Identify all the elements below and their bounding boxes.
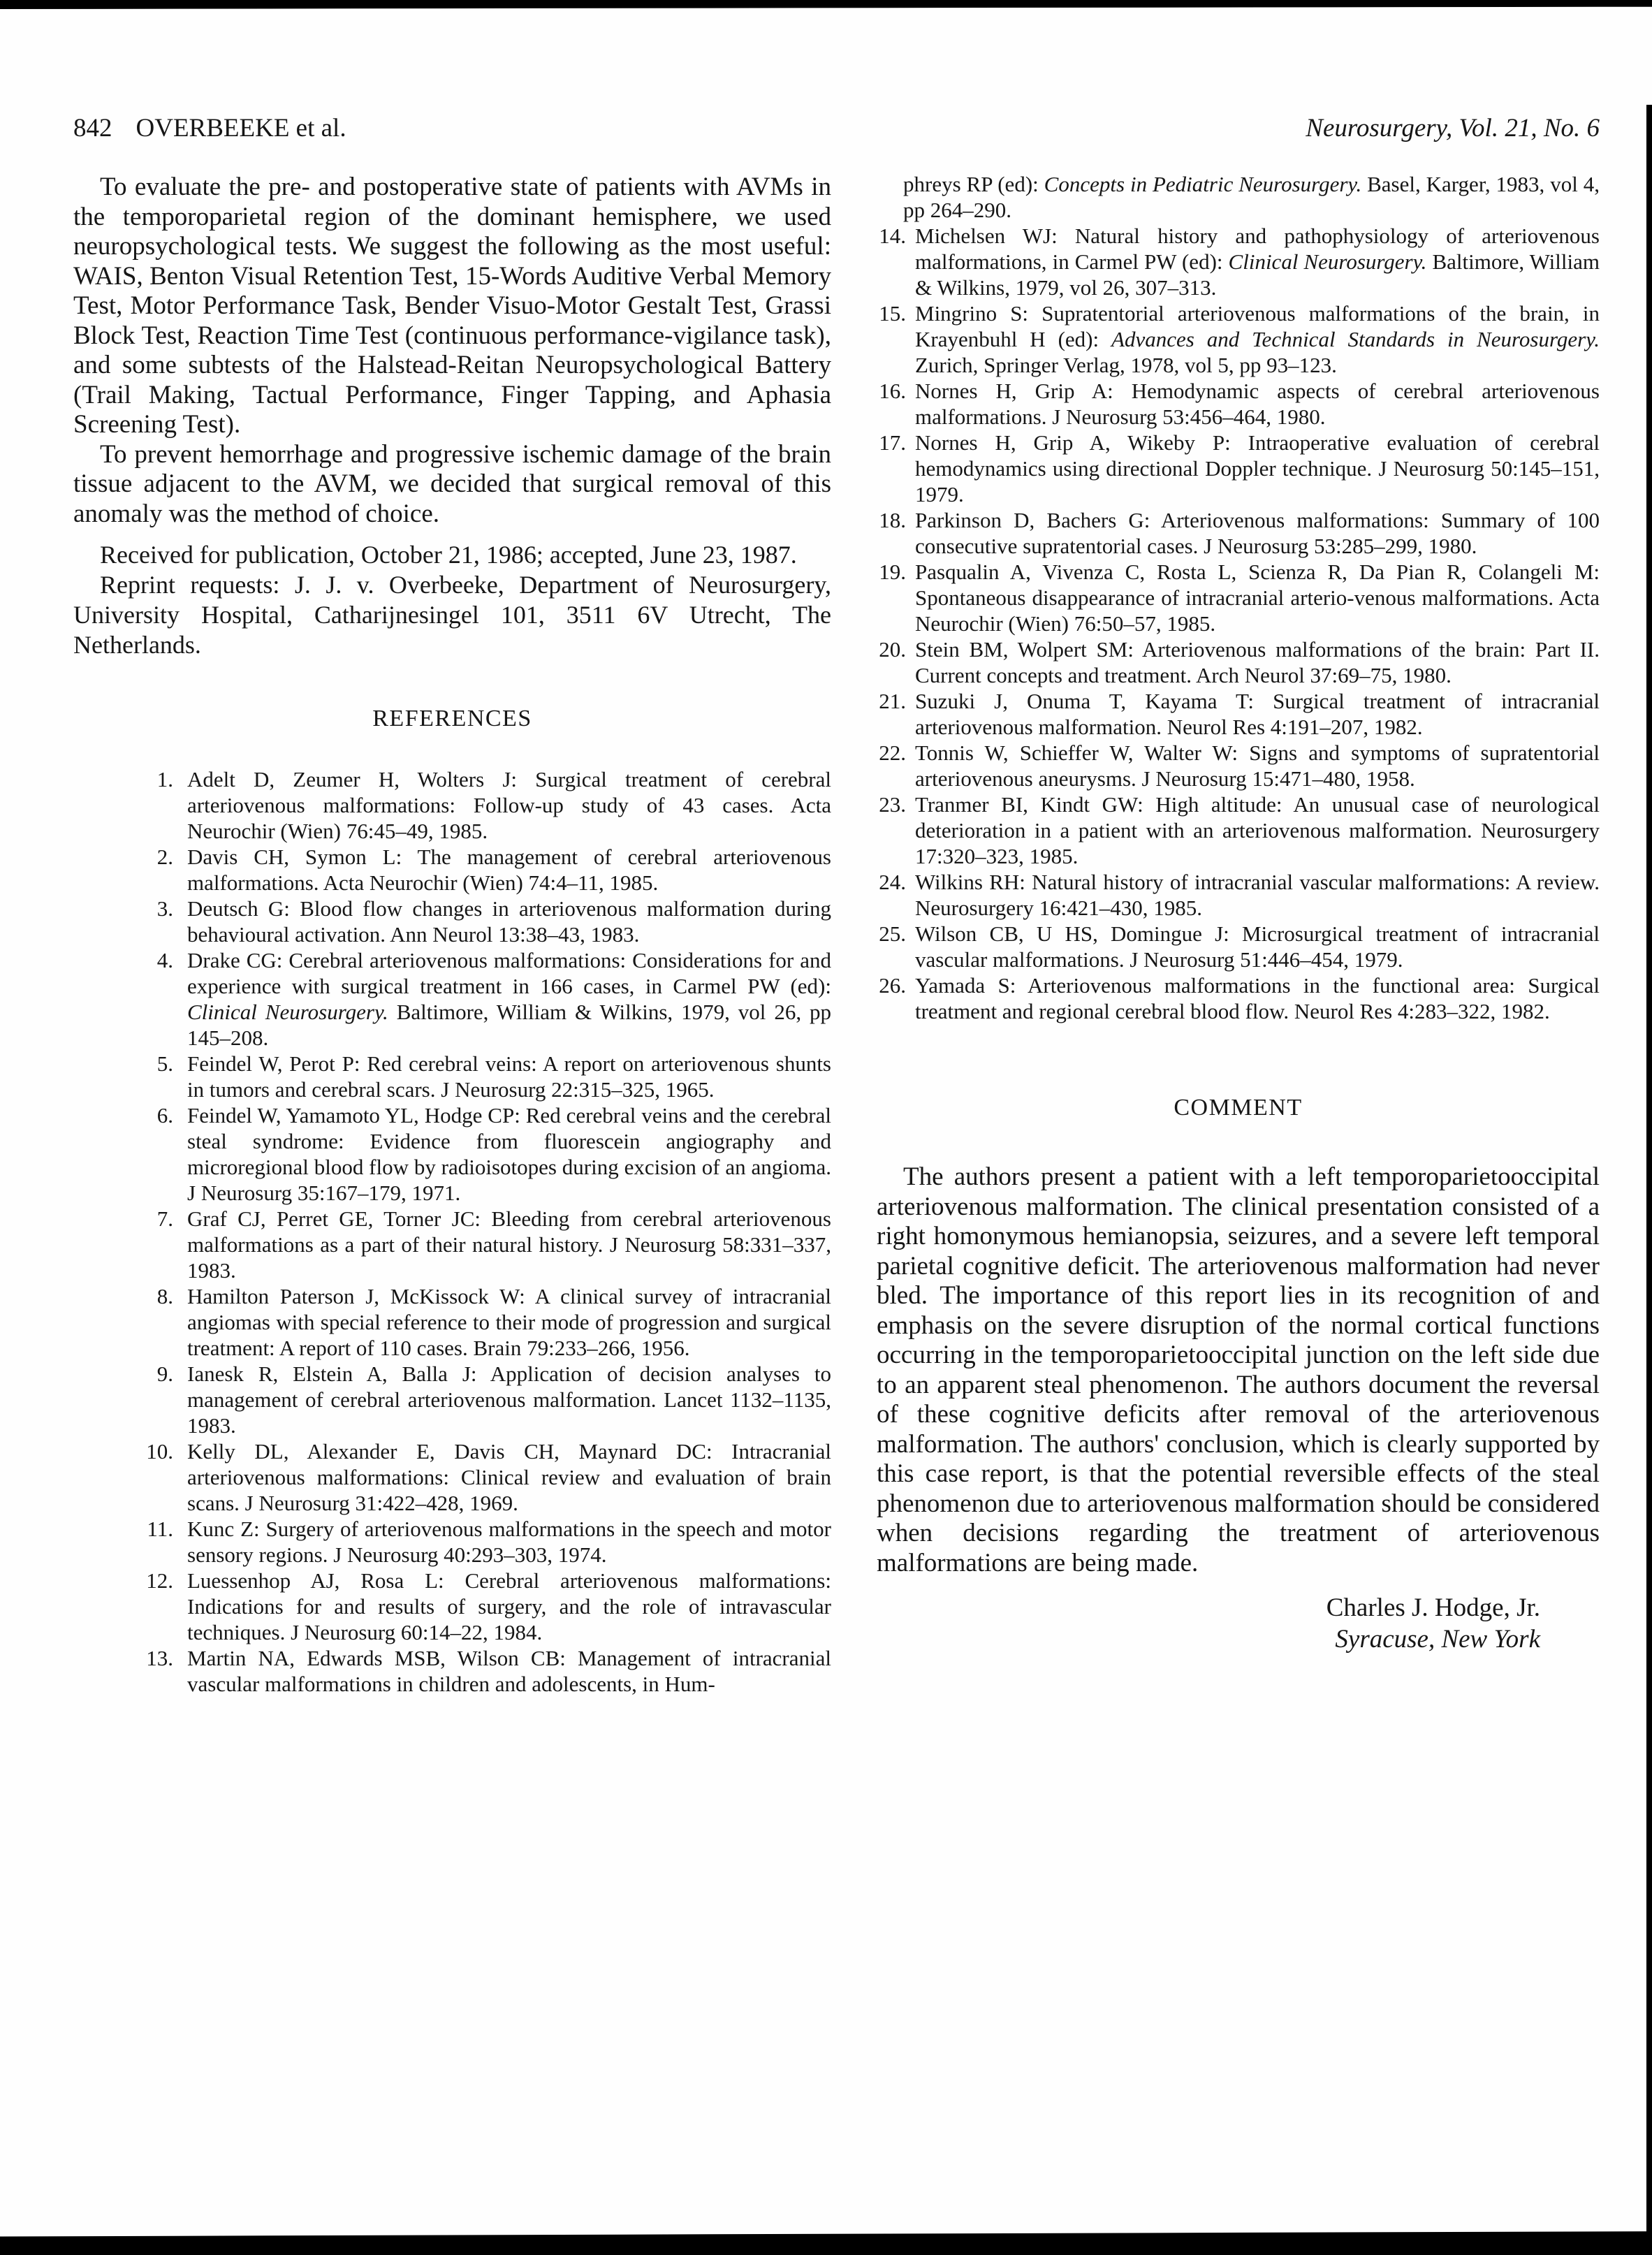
comment-heading: COMMENT xyxy=(877,1094,1600,1122)
comment-paragraph: The authors present a patient with a lef… xyxy=(877,1162,1600,1578)
references-heading: REFERENCES xyxy=(73,705,831,733)
reference-text: Davis CH, Symon L: The management of cer… xyxy=(187,845,831,895)
scan-edge-right xyxy=(1646,105,1652,2234)
reference-item: 8. Hamilton Paterson J, McKissock W: A c… xyxy=(73,1283,831,1361)
reference-item: 22. Tonnis W, Schieffer W, Walter W: Sig… xyxy=(877,740,1600,791)
reference-number: 6. xyxy=(73,1102,173,1128)
reference-text: Feindel W, Yamamoto YL, Hodge CP: Red ce… xyxy=(187,1103,831,1205)
reference-text: Graf CJ, Perret GE, Torner JC: Bleeding … xyxy=(187,1206,831,1283)
reference-number: 2. xyxy=(73,844,173,870)
reference-number: 12. xyxy=(73,1568,173,1593)
reference-item: 19. Pasqualin A, Vivenza C, Rosta L, Sci… xyxy=(877,559,1600,636)
reference-text: Mingrino S: Supratentorial arteriovenous… xyxy=(915,301,1600,377)
reference-number: 23. xyxy=(877,791,906,817)
references-list-left: 1. Adelt D, Zeumer H, Wolters J: Surgica… xyxy=(73,766,831,1697)
left-column: To evaluate the pre- and postoperative s… xyxy=(73,173,831,1697)
reference-item: 10. Kelly DL, Alexander E, Davis CH, May… xyxy=(73,1438,831,1516)
references-list-right: phreys RP (ed): Concepts in Pediatric Ne… xyxy=(877,171,1600,1024)
reference-number: 20. xyxy=(877,636,906,662)
reference-text: Deutsch G: Blood flow changes in arterio… xyxy=(187,896,831,947)
reference-text: Parkinson D, Bachers G: Arteriovenous ma… xyxy=(915,508,1600,558)
running-head: 842 OVERBEEKE et al. Neurosurgery, Vol. … xyxy=(73,114,1600,143)
reference-text: Hamilton Paterson J, McKissock W: A clin… xyxy=(187,1284,831,1360)
comment-section: The authors present a patient with a lef… xyxy=(877,1162,1600,1578)
reference-item: 13. Martin NA, Edwards MSB, Wilson CB: M… xyxy=(73,1645,831,1697)
reference-item: 11. Kunc Z: Surgery of arteriovenous mal… xyxy=(73,1516,831,1568)
reference-number: 17. xyxy=(877,430,906,455)
reference-number: 21. xyxy=(877,688,906,714)
reference-number: 3. xyxy=(73,896,173,921)
right-column: phreys RP (ed): Concepts in Pediatric Ne… xyxy=(877,171,1600,1655)
reference-text: Tonnis W, Schieffer W, Walter W: Signs a… xyxy=(915,740,1600,791)
reference-number: 13. xyxy=(73,1645,173,1671)
comment-signature: Charles J. Hodge, Jr. Syracuse, New York xyxy=(877,1592,1600,1655)
reference-text: Feindel W, Perot P: Red cerebral veins: … xyxy=(187,1051,831,1102)
running-head-left: 842 OVERBEEKE et al. xyxy=(73,114,346,143)
running-authors: OVERBEEKE et al. xyxy=(136,114,346,143)
reference-text: Martin NA, Edwards MSB, Wilson CB: Manag… xyxy=(187,1646,831,1696)
reference-text: Ianesk R, Elstein A, Balla J: Applicatio… xyxy=(187,1362,831,1438)
reference-text: Suzuki J, Onuma T, Kayama T: Surgical tr… xyxy=(915,689,1600,739)
reference-item: 4. Drake CG: Cerebral arteriovenous malf… xyxy=(73,947,831,1051)
reference-text: Wilkins RH: Natural history of intracran… xyxy=(915,870,1600,920)
reference-item: 12. Luessenhop AJ, Rosa L: Cerebral arte… xyxy=(73,1568,831,1645)
reference-item: 16. Nornes H, Grip A: Hemodynamic aspect… xyxy=(877,378,1600,430)
reference-text: Luessenhop AJ, Rosa L: Cerebral arteriov… xyxy=(187,1568,831,1644)
reference-text: Adelt D, Zeumer H, Wolters J: Surgical t… xyxy=(187,767,831,843)
reference-item: 25. Wilson CB, U HS, Domingue J: Microsu… xyxy=(877,921,1600,972)
intro-paragraph-1: To evaluate the pre- and postoperative s… xyxy=(73,173,831,440)
reference-number: 18. xyxy=(877,507,906,533)
front-matter-notes: Received for publication, October 21, 19… xyxy=(73,540,831,660)
reference-item: 9. Ianesk R, Elstein A, Balla J: Applica… xyxy=(73,1361,831,1438)
reference-number: 1. xyxy=(73,766,173,792)
reference-number: 22. xyxy=(877,740,906,766)
reference-item: 17. Nornes H, Grip A, Wikeby P: Intraope… xyxy=(877,430,1600,507)
reference-text: Michelsen WJ: Natural history and pathop… xyxy=(915,224,1600,300)
reference-item: 23. Tranmer BI, Kindt GW: High altitude:… xyxy=(877,791,1600,869)
reference-item: 7. Graf CJ, Perret GE, Torner JC: Bleedi… xyxy=(73,1206,831,1283)
signature-place: Syracuse, New York xyxy=(877,1623,1540,1655)
reference-number: 5. xyxy=(73,1051,173,1077)
reference-item: 21. Suzuki J, Onuma T, Kayama T: Surgica… xyxy=(877,688,1600,740)
reference-number: 25. xyxy=(877,921,906,947)
reference-number: 15. xyxy=(877,300,906,326)
intro-text: To evaluate the pre- and postoperative s… xyxy=(73,173,831,529)
reference-item: phreys RP (ed): Concepts in Pediatric Ne… xyxy=(877,171,1600,223)
reference-text: Kunc Z: Surgery of arteriovenous malform… xyxy=(187,1517,831,1567)
reference-item: 15. Mingrino S: Supratentorial arteriove… xyxy=(877,300,1600,378)
page-number: 842 xyxy=(73,114,112,143)
received-note: Received for publication, October 21, 19… xyxy=(73,540,831,570)
reference-number: 14. xyxy=(877,223,906,249)
reference-number: 16. xyxy=(877,378,906,404)
reference-item: 24. Wilkins RH: Natural history of intra… xyxy=(877,869,1600,921)
reference-text: phreys RP (ed): Concepts in Pediatric Ne… xyxy=(903,172,1600,222)
reference-text: Pasqualin A, Vivenza C, Rosta L, Scienza… xyxy=(915,560,1600,636)
reference-number: 10. xyxy=(73,1438,173,1464)
reference-item: 20. Stein BM, Wolpert SM: Arteriovenous … xyxy=(877,636,1600,688)
intro-paragraph-2: To prevent hemorrhage and progressive is… xyxy=(73,440,831,530)
reference-number: 11. xyxy=(73,1516,173,1542)
reference-item: 1. Adelt D, Zeumer H, Wolters J: Surgica… xyxy=(73,766,831,844)
reference-text: Yamada S: Arteriovenous malformations in… xyxy=(915,973,1600,1023)
reference-text: Kelly DL, Alexander E, Davis CH, Maynard… xyxy=(187,1439,831,1515)
scan-edge-top xyxy=(0,0,1652,9)
reference-item: 14. Michelsen WJ: Natural history and pa… xyxy=(877,223,1600,300)
scan-edge-bottom xyxy=(0,2231,1652,2255)
reference-item: 3. Deutsch G: Blood flow changes in arte… xyxy=(73,896,831,947)
signature-name: Charles J. Hodge, Jr. xyxy=(877,1592,1540,1623)
reference-text: Tranmer BI, Kindt GW: High altitude: An … xyxy=(915,792,1600,868)
reference-item: 2. Davis CH, Symon L: The management of … xyxy=(73,844,831,896)
reprint-note: Reprint requests: J. J. v. Overbeeke, De… xyxy=(73,570,831,660)
reference-text: Nornes H, Grip A: Hemodynamic aspects of… xyxy=(915,379,1600,429)
reference-item: 26. Yamada S: Arteriovenous malformation… xyxy=(877,972,1600,1024)
reference-text: Nornes H, Grip A, Wikeby P: Intraoperati… xyxy=(915,430,1600,506)
reference-text: Wilson CB, U HS, Domingue J: Microsurgic… xyxy=(915,921,1600,972)
reference-number: 8. xyxy=(73,1283,173,1309)
reference-item: 6. Feindel W, Yamamoto YL, Hodge CP: Red… xyxy=(73,1102,831,1206)
reference-number: 7. xyxy=(73,1206,173,1232)
reference-number: 24. xyxy=(877,869,906,895)
reference-number: 4. xyxy=(73,947,173,973)
journal-reference: Neurosurgery, Vol. 21, No. 6 xyxy=(1306,114,1600,143)
reference-item: 5. Feindel W, Perot P: Red cerebral vein… xyxy=(73,1051,831,1102)
reference-number: 26. xyxy=(877,972,906,998)
reference-text: Drake CG: Cerebral arteriovenous malform… xyxy=(187,948,831,1050)
reference-item: 18. Parkinson D, Bachers G: Arteriovenou… xyxy=(877,507,1600,559)
journal-page: 842 OVERBEEKE et al. Neurosurgery, Vol. … xyxy=(0,0,1652,2255)
reference-text: Stein BM, Wolpert SM: Arteriovenous malf… xyxy=(915,637,1600,687)
reference-number: 19. xyxy=(877,559,906,585)
reference-number: 9. xyxy=(73,1361,173,1387)
